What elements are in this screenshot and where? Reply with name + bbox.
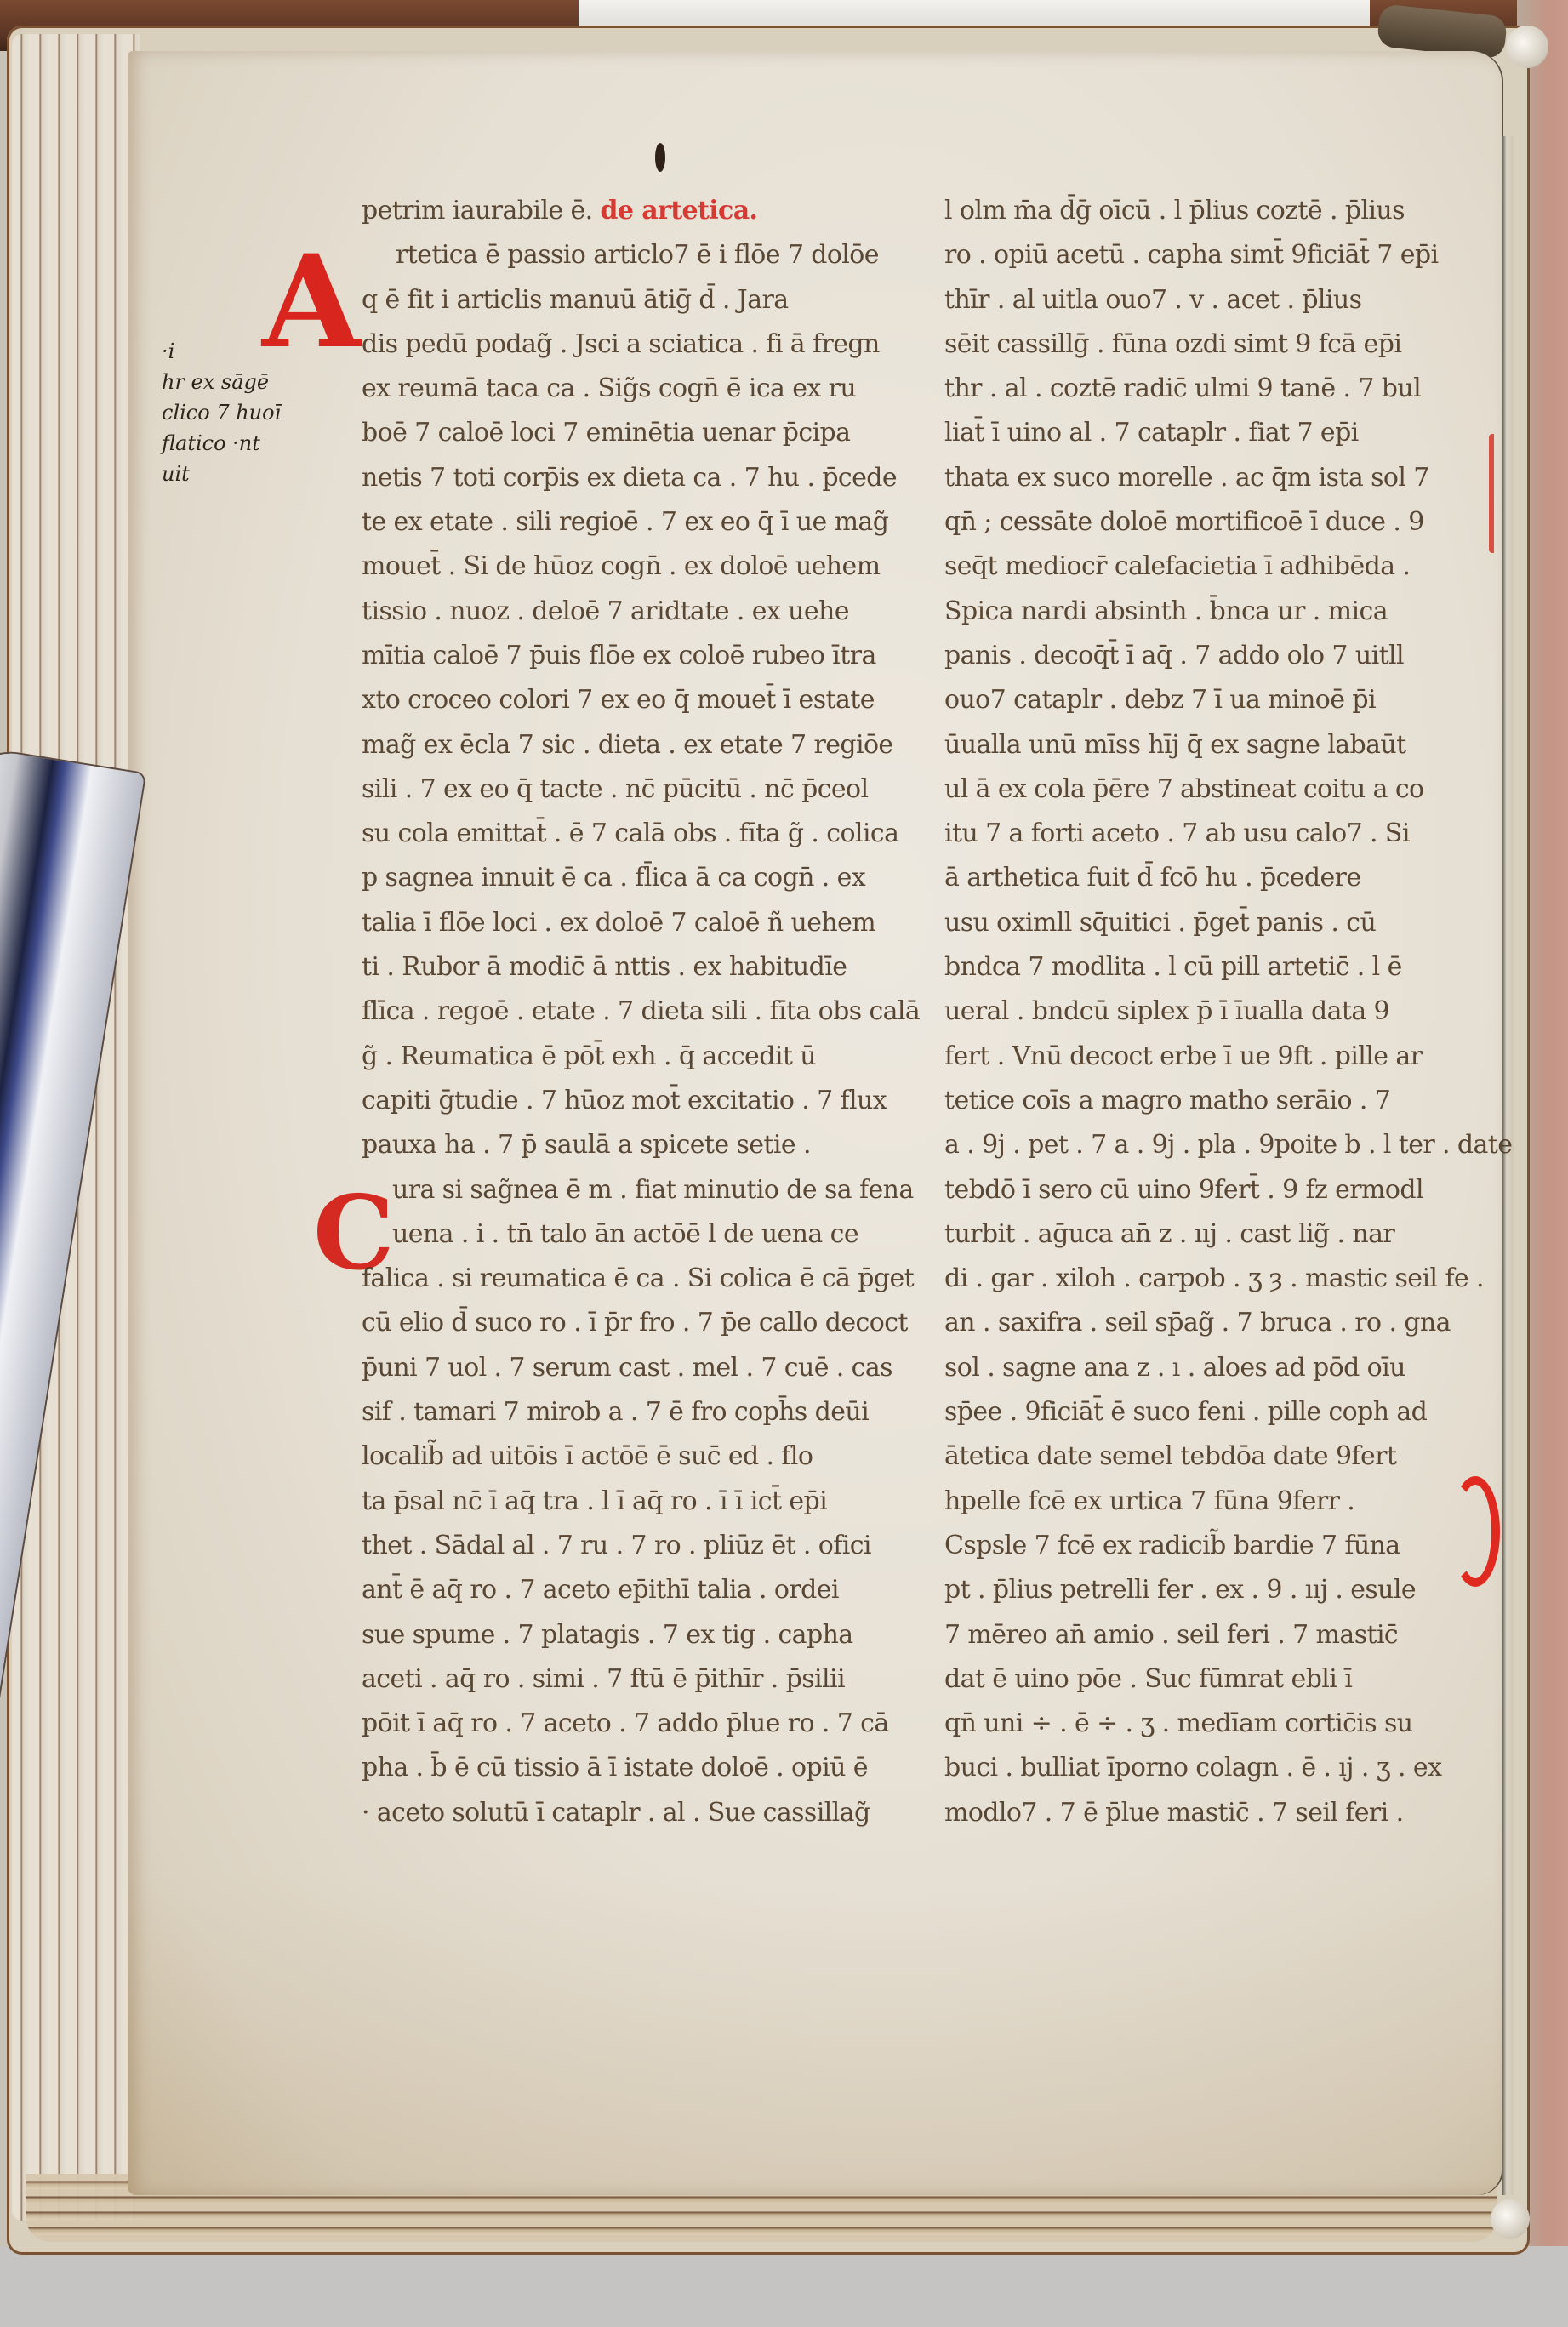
text-line: seq̄t mediocr̄ calefacietia ī adhibēda . [944, 545, 1489, 589]
text-line: ti . Rubor ā modic̄ ā nttis . ex habitud… [362, 945, 923, 990]
text-line: ul ā ex cola p̄ēre 7 abstineat coitu a c… [944, 767, 1489, 812]
rubric-title: de artetica. [600, 196, 757, 225]
text-line: di . gar . xiloh . carpob . ʒ ȝ . mastic… [944, 1257, 1489, 1301]
text-line: mouet̄ . Si de hūoz cogn̄ . ex doloē ueh… [362, 545, 923, 589]
right-text-column: l olm m̄a d̄ḡ oīcū . l p̄lius coztē . p̄… [944, 189, 1489, 1835]
text-line: pha . b̄ ē cū tissio ā ī istate doloē . … [362, 1746, 923, 1790]
margin-note-line: clico 7 huoī [162, 397, 281, 428]
text-line: qn̄ uni ÷ . ē ÷ . ʒ . medīam cortic̄is s… [944, 1702, 1489, 1746]
text-line: pauxa ha . 7 p̄ saulā a spicete setie . [362, 1123, 923, 1167]
text-line: qn̄ ; cessāte doloē mortificoē ī duce . … [944, 500, 1489, 545]
first-line-text: petrim iaurabile ē. [362, 196, 593, 225]
margin-note-line: uit [162, 459, 281, 489]
text-line: buci . bulliat īporno colagn . ē . ıj . … [944, 1746, 1489, 1790]
text-line: thet . Sādal al . 7 ru . 7 ro . pliūz ēt… [362, 1524, 923, 1568]
text-line: itu 7 a forti aceto . 7 ab usu calo7 . S… [944, 812, 1489, 856]
text-line: localib̃ ad uitōis ī actōē ē suc̄ ed . f… [362, 1434, 923, 1479]
ink-blot-icon [655, 143, 665, 172]
text-line: l olm m̄a d̄ḡ oīcū . l p̄lius coztē . p̄… [944, 189, 1489, 233]
text-line: p sagnea innuit ē ca . fl̄ica ā ca cogn̄… [362, 856, 923, 900]
text-line: pt . p̄lius petrelli fer . ex . 9 . ııj … [944, 1568, 1489, 1612]
text-line: dat ē uino pōe . Suc fūmrat ebli ī [944, 1657, 1489, 1702]
text-line: tissio . nuoz . deloē 7 aridtate . ex ue… [362, 590, 923, 634]
text-line: rtetica ē passio articlo7 ē i flōe 7 dol… [362, 233, 923, 277]
text-line: bndca 7 modlita . l cū pill artetic̄ . l… [944, 945, 1489, 990]
text-line: ouo7 cataplr . debz 7 ī ua minoē p̄i [944, 678, 1489, 722]
text-line: ā arthetica fuit d̄ fcō hu . p̄cedere [944, 856, 1489, 900]
text-line: a . 9j . pet . 7 a . 9j . pla . 9poite b… [944, 1123, 1489, 1167]
text-line: cū elio d̄ suco ro . ī p̄r fro . 7 p̄e c… [362, 1301, 923, 1345]
text-line: tebdō ī sero cū uino 9fert̄ . 9 fz ermod… [944, 1168, 1489, 1212]
text-line: Spica nardi absinth . b̄nca ur . mica [944, 590, 1489, 634]
text-line: netis 7 toti corp̄is ex dieta ca . 7 hu … [362, 456, 923, 500]
text-line: 7 mēreo an̄ amio . seil feri . 7 mastic̄ [944, 1613, 1489, 1657]
text-line: panis . decoq̄t̄ ī aq̄ . 7 addo olo 7 ui… [944, 634, 1489, 678]
text-line: · aceto solutū ī cataplr . al . Sue cass… [362, 1791, 923, 1835]
rubricated-initial-a: A [262, 238, 361, 366]
text-line: sēit cassillḡ . fūna ozdi simt 9 fcā ep̄… [944, 322, 1489, 367]
text-line: pōit ī aq̄ ro . 7 aceto . 7 addo p̄lue r… [362, 1702, 923, 1746]
text-line: flīca . regoē . etate . 7 dieta sili . f… [362, 990, 923, 1034]
text-line: uena . i . tn̄ talo ān actōē l de uena c… [362, 1212, 923, 1257]
text-line: mītia caloē 7 p̄uis flōe ex coloē rubeo … [362, 634, 923, 678]
red-margin-bracket-icon [1489, 434, 1506, 553]
rosette-knob-top-icon [1506, 26, 1548, 68]
text-line: ātetica date semel tebdōa date 9fert [944, 1434, 1489, 1479]
text-line: talia ī flōe loci . ex doloē 7 caloē ñ u… [362, 901, 923, 945]
heading-line: petrim iaurabile ē. de artetica. [362, 189, 923, 233]
text-line: modlo7 . 7 ē p̄lue mastic̄ . 7 seil feri… [944, 1791, 1489, 1835]
text-line: g̃ . Reumatica ē pōt̄ exh . q̄ accedit ū [362, 1035, 923, 1079]
text-line: liat̄ ī uino al . 7 cataplr . fiat 7 ep̄… [944, 411, 1489, 455]
text-line: ta p̄sal nc̄ ī aq̄ tra . l ī aq̄ ro . ī … [362, 1480, 923, 1524]
text-line: q ē fit i articlis manuū ātiḡ d̄ . Jara [362, 278, 923, 322]
text-line: ro . opiū acetū . capha simt̄ 9ficiāt̄ 7… [944, 233, 1489, 277]
text-line: an . saxifra . seil sp̄ag̃ . 7 bruca . r… [944, 1301, 1489, 1345]
left-text-column: petrim iaurabile ē. de artetica. rtetica… [362, 189, 923, 1835]
text-line: falica . si reumatica ē ca . Si colica ē… [362, 1257, 923, 1301]
text-line: usu oximll sq̄uitici . p̄get̄ panis . cū [944, 901, 1489, 945]
margin-note-line: flatico ·nt [162, 428, 281, 459]
text-line: turbit . aḡuca an̄ z . ııj . cast lig̃ .… [944, 1212, 1489, 1257]
text-line: ura si sag̃nea ē m . fiat minutio de sa … [362, 1168, 923, 1212]
page-stain [128, 1872, 1502, 2195]
text-line: mag̃ ex ēcla 7 sic . dieta . ex etate 7 … [362, 723, 923, 767]
text-line: dis pedū podag̃ . Jsci a sciatica . fi ā… [362, 322, 923, 367]
text-line: sol . sagne ana z . ı . aloes ad pōd oīu [944, 1346, 1489, 1390]
text-line: tetice coīs a magro matho serāio . 7 [944, 1079, 1489, 1123]
text-line: thr . al . coztē radic̄ ulmi 9 tanē . 7 … [944, 367, 1489, 411]
text-line: sp̄ee . 9ficiāt̄ ē suco feni . pille cop… [944, 1390, 1489, 1434]
text-line: te ex etate . sili regioē . 7 ex eo q̄ ī… [362, 500, 923, 545]
text-line: ant̄ ē aq̄ ro . 7 aceto ep̄ithī talia . … [362, 1568, 923, 1612]
text-line: sili . 7 ex eo q̄ tacte . nc̄ pūcitū . n… [362, 767, 923, 812]
text-line: p̄uni 7 uol . 7 serum cast . mel . 7 cuē… [362, 1346, 923, 1390]
text-line: thata ex suco morelle . ac q̄m ista sol … [944, 456, 1489, 500]
text-line: sif . tamari 7 mirob a . 7 ē fro coph̄s … [362, 1390, 923, 1434]
text-line: boē 7 caloē loci 7 eminētia uenar p̄cipa [362, 411, 923, 455]
text-line: sue spume . 7 platagis . 7 ex tig . caph… [362, 1613, 923, 1657]
text-line: ex reumā taca ca . Sig̃s cogn̄ ē ica ex … [362, 367, 923, 411]
text-line: xto croceo colori 7 ex eo q̄ mouet̄ ī es… [362, 678, 923, 722]
text-line: capiti ḡtudie . 7 hūoz mot̄ excitatio . … [362, 1079, 923, 1123]
text-line: thīr . al uitla ouo7 . v . acet . p̄lius [944, 278, 1489, 322]
text-line: aceti . aq̄ ro . simi . 7 ftū ē p̄ithīr … [362, 1657, 923, 1702]
text-line: Cspsle 7 fcē ex radicib̃ bardie 7 fūna [944, 1524, 1489, 1568]
text-line: su cola emittat̄ . ē 7 calā obs . fīta g… [362, 812, 923, 856]
rosette-knob-bottom-icon [1491, 2199, 1530, 2239]
text-line: ueral . bndcū siplex p̄ ī īualla data 9 [944, 990, 1489, 1034]
background-surface [0, 2246, 1568, 2327]
text-line: fert . Vnū decoct erbe ī ue 9ft . pille … [944, 1035, 1489, 1079]
text-line: hpelle fcē ex urtica 7 fūna 9ferr . [944, 1480, 1489, 1524]
text-line: ūualla unū mīss hīj q̄ ex sagne labaūt [944, 723, 1489, 767]
